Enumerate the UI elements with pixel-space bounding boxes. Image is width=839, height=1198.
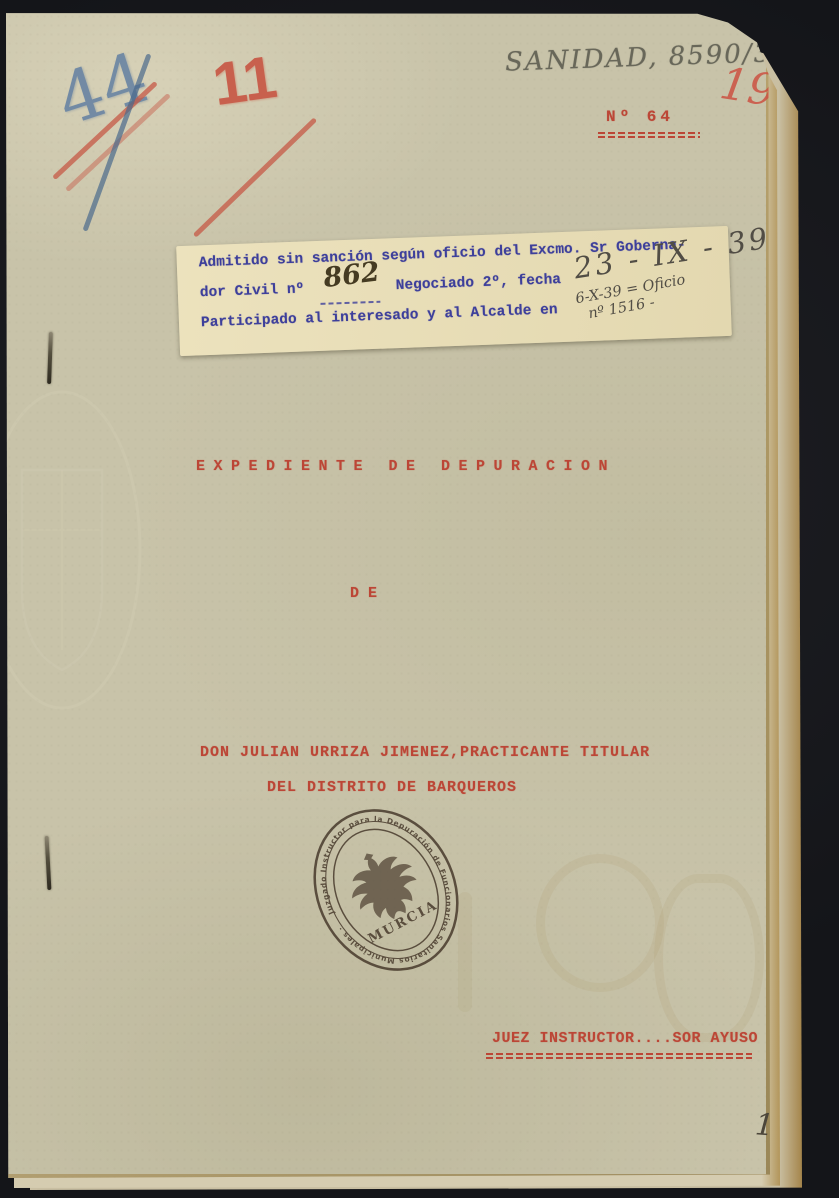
ink-bleedthrough xyxy=(654,874,764,1042)
slip-line2-prefix: dor Civil nº xyxy=(200,281,305,301)
slip-line2-mid: Negociado 2º, fecha xyxy=(395,272,561,294)
staple xyxy=(45,836,52,890)
scanned-document: 44 11 SANIDAD, 8590/3, 11 19 Nº 64 Admit… xyxy=(0,0,839,1198)
slip-blank-underline xyxy=(320,301,380,305)
crossed-out-number: 44 xyxy=(48,36,158,142)
embossed-seal xyxy=(0,380,172,720)
folio-number-stamp: Nº 64 xyxy=(606,108,674,126)
subject-name-line1: DON JULIAN URRIZA JIMENEZ,PRACTICANTE TI… xyxy=(200,744,650,761)
pencil-archive-reference: SANIDAD, 8590/3, 11 xyxy=(505,36,831,77)
subject-name-line2: DEL DISTRITO DE BARQUEROS xyxy=(267,779,517,796)
judge-instructor-line: JUEZ INSTRUCTOR....SOR AYUSO xyxy=(492,1030,758,1047)
red-folio-number: 11 xyxy=(209,42,281,119)
staple xyxy=(47,332,53,384)
folio-stamp-underline xyxy=(598,132,700,140)
document-page: 44 11 SANIDAD, 8590/3, 11 19 Nº 64 Admit… xyxy=(6,12,770,1178)
juzgado-rubber-stamp: Juzgado Instructor para la Depuración de… xyxy=(296,800,476,980)
judge-line-underline xyxy=(486,1053,752,1061)
ink-bleedthrough xyxy=(536,854,664,992)
handwritten-office-number: 862 xyxy=(322,256,382,294)
admission-slip: Admitido sin sanción según oficio del Ex… xyxy=(176,226,732,356)
slip-line3: Participado al interesado y al Alcalde e… xyxy=(201,302,558,331)
red-underline-stroke xyxy=(193,117,317,237)
title-de: DE xyxy=(350,585,386,602)
expediente-title: EXPEDIENTE DE DEPURACION xyxy=(196,458,616,475)
